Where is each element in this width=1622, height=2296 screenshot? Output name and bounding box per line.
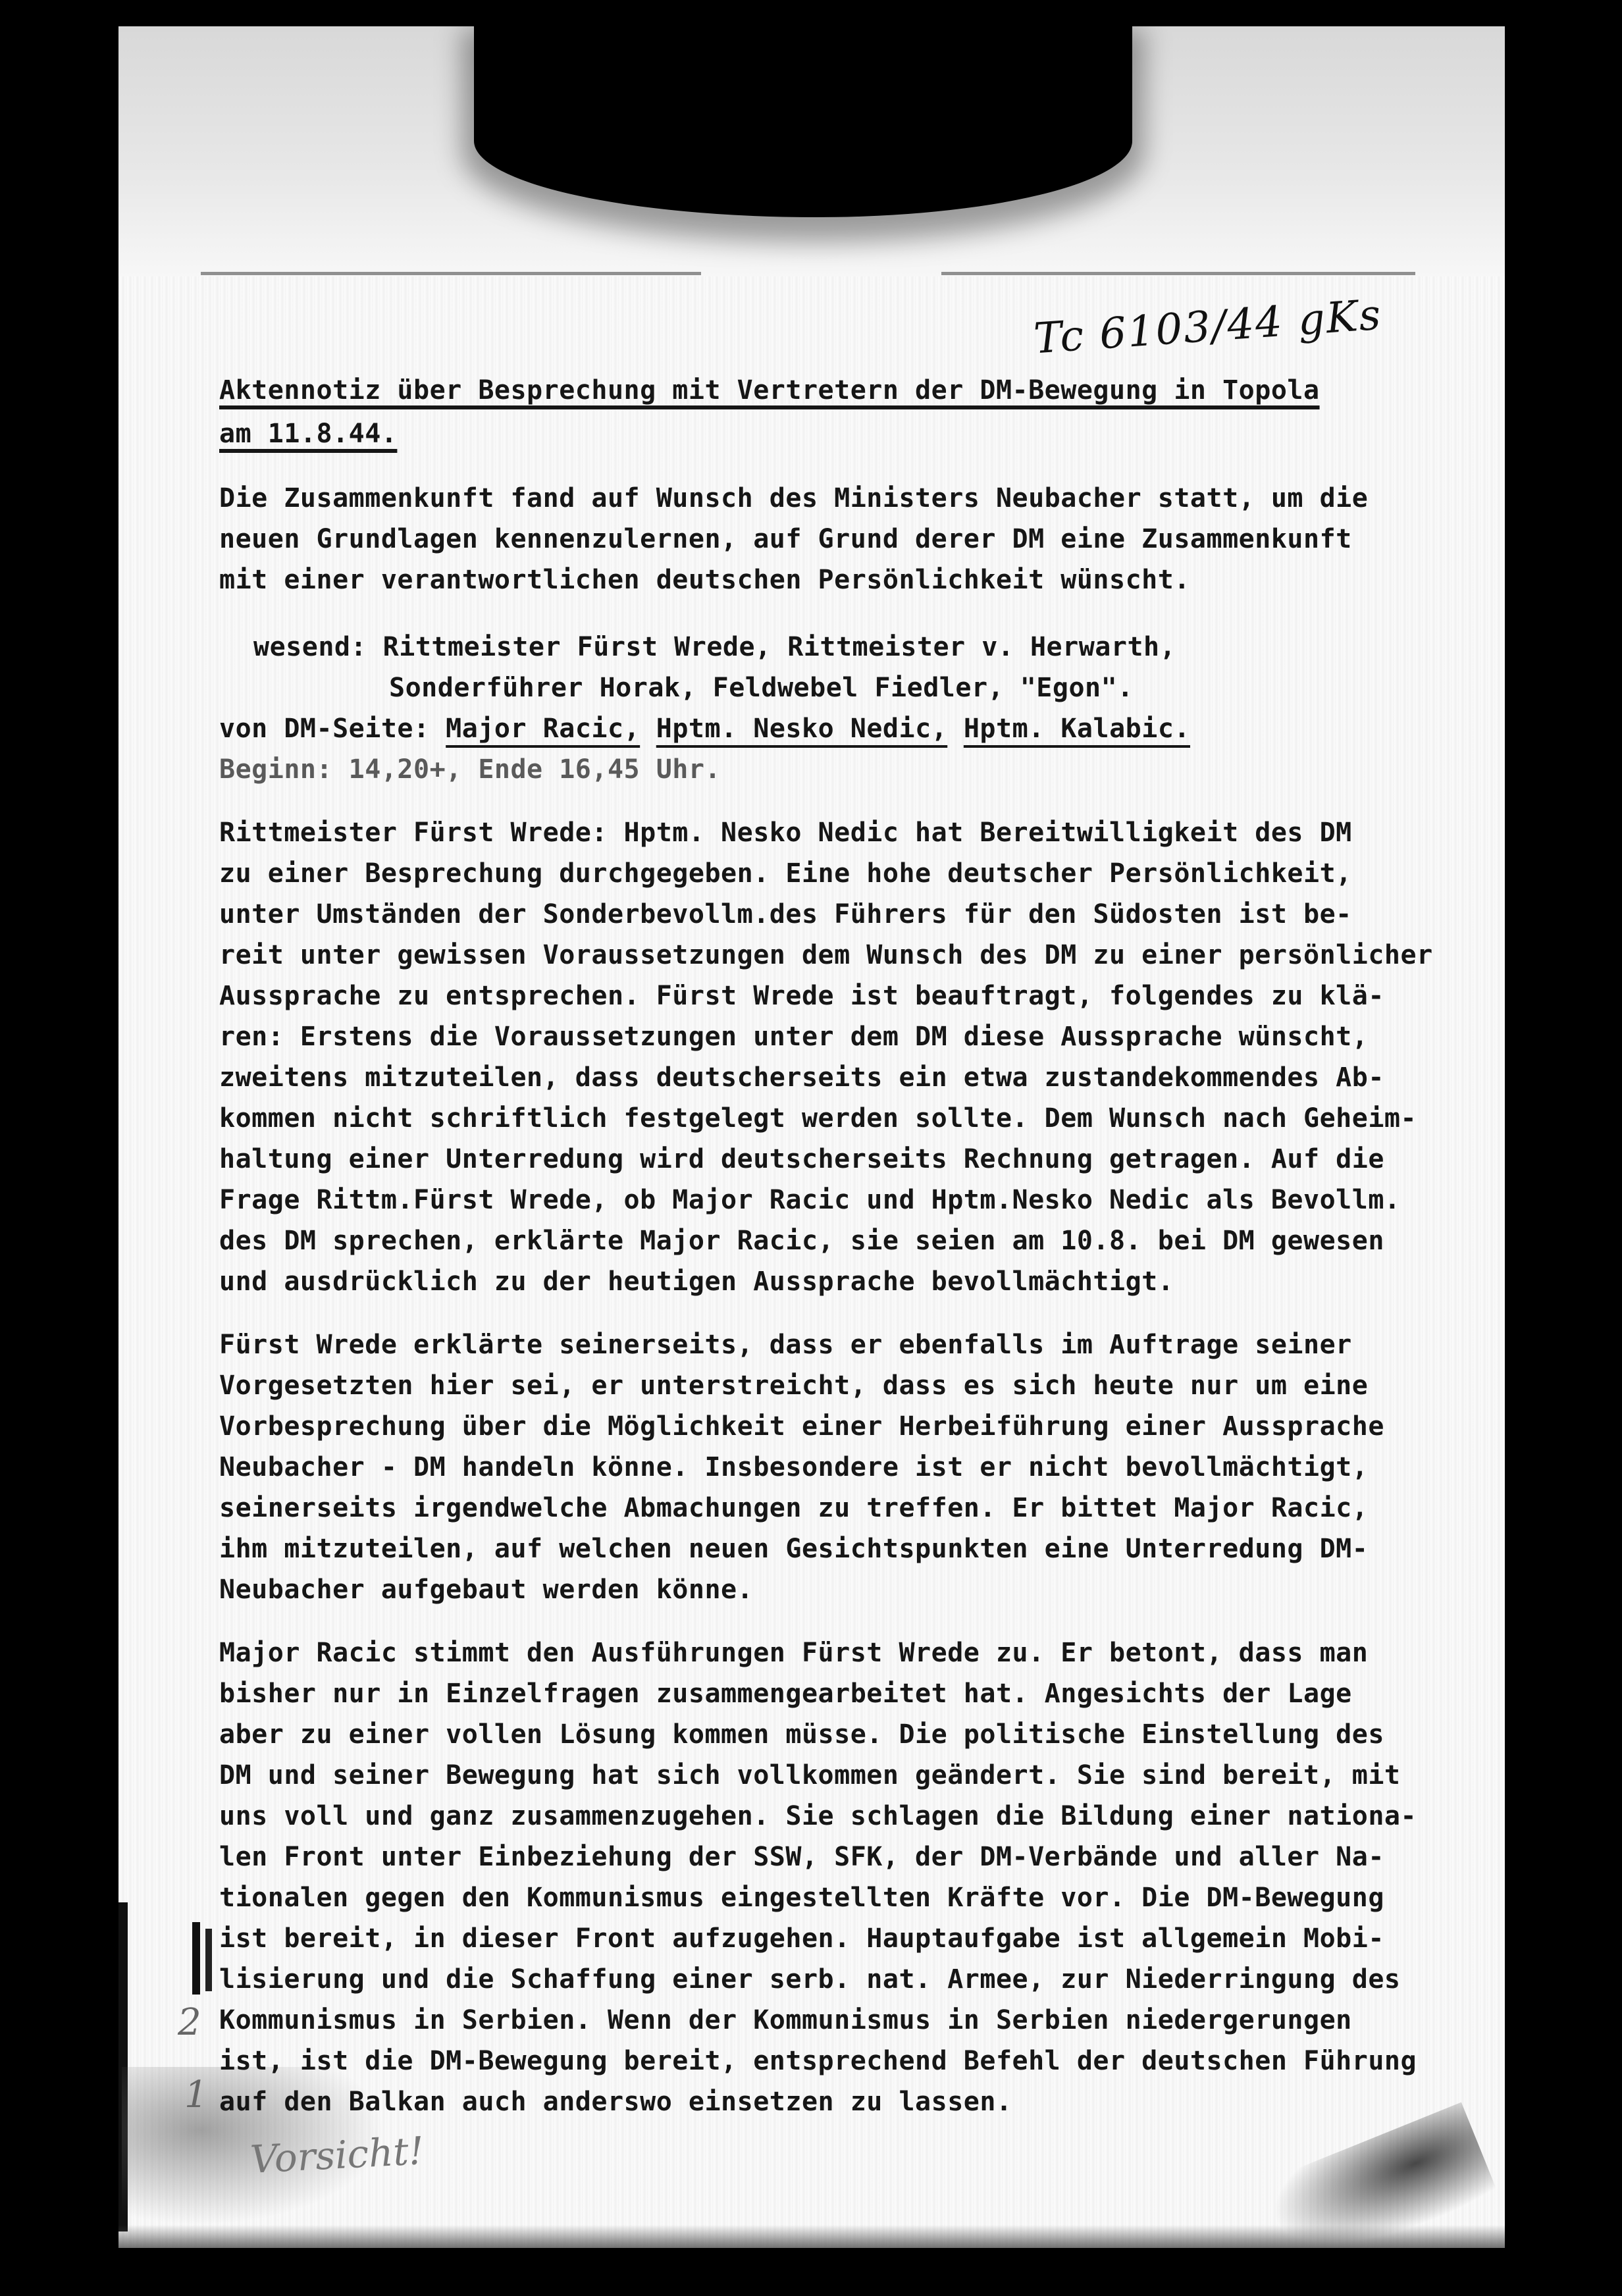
text-line: uns voll und ganz zusammenzugehen. Sie s… [219,1796,1483,1837]
document-date: am 11.8.44. [219,412,397,456]
fold-line [941,272,1415,275]
text-line: aber zu einer vollen Lösung kommen müsse… [219,1714,1483,1755]
margin-number: 1 [184,2074,208,2116]
document-body: Aktennotiz über Besprechung mit Vertrete… [219,369,1483,2122]
intro-line: Die Zusammenkunft fand auf Wunsch des Mi… [219,478,1483,519]
scan-dark-blob [474,26,1132,217]
text-line: und ausdrücklich zu der heutigen Ausspra… [219,1261,1483,1302]
text-line: lisierung und die Schaffung einer serb. … [219,1959,1483,2000]
text-line: Aussprache zu entsprechen. Fürst Wrede i… [219,976,1483,1016]
text-line: Kommunismus in Serbien. Wenn der Kommuni… [219,2000,1483,2041]
text-line: ihm mitzuteilen, auf welchen neuen Gesic… [219,1528,1483,1569]
text-line: ren: Erstens die Voraussetzungen unter d… [219,1016,1483,1057]
paragraph: Rittmeister Fürst Wrede: Hptm. Nesko Ned… [219,812,1483,1302]
scan-edge [118,2225,1505,2248]
text-line: zweitens mitzuteilen, dass deutscherseit… [219,1057,1483,1098]
dm-name: Major Racic, [446,708,640,749]
fold-line [201,272,701,275]
text-line: Vorgesetzten hier sei, er unterstreicht,… [219,1365,1483,1406]
text-line: tionalen gegen den Kommunismus eingestel… [219,1877,1483,1918]
dm-name: Hptm. Kalabic. [964,708,1190,749]
text-line: Neubacher - DM handeln könne. Insbesonde… [219,1447,1483,1488]
margin-number: 2 [178,2001,201,2044]
text-line: kommen nicht schriftlich festgelegt werd… [219,1098,1483,1139]
present-label: wesend: [253,627,367,667]
paragraph: Fürst Wrede erklärte seinerseits, dass e… [219,1324,1483,1610]
text-line: seinerseits irgendwelche Abmachungen zu … [219,1488,1483,1528]
present-line-2: Sonderführer Horak, Feldwebel Fiedler, "… [389,667,1134,708]
margin-mark [192,1922,200,1995]
dm-side-label: von DM-Seite: [219,708,430,749]
text-line: des DM sprechen, erklärte Major Racic, s… [219,1220,1483,1261]
text-line: ist, ist die DM-Bewegung bereit, entspre… [219,2041,1483,2081]
intro-paragraph: Die Zusammenkunft fand auf Wunsch des Mi… [219,478,1483,600]
intro-line: mit einer verantwortlichen deutschen Per… [219,560,1483,600]
text-line: unter Umständen der Sonderbevollm.des Fü… [219,894,1483,935]
text-line: haltung einer Unterredung wird deutscher… [219,1139,1483,1180]
document-title: Aktennotiz über Besprechung mit Vertrete… [219,369,1483,412]
dm-name: Hptm. Nesko Nedic, [656,708,947,749]
margin-mark [205,1929,212,1991]
text-line: reit unter gewissen Voraussetzungen dem … [219,935,1483,976]
text-line: Major Racic stimmt den Ausführungen Fürs… [219,1632,1483,1673]
text-line: Fürst Wrede erklärte seinerseits, dass e… [219,1324,1483,1365]
margin-note: Vorsicht! [249,2128,425,2182]
paragraph: Major Racic stimmt den Ausführungen Fürs… [219,1632,1483,2122]
present-line-1: Rittmeister Fürst Wrede, Rittmeister v. … [383,627,1176,667]
text-line: Vorbesprechung über die Möglichkeit eine… [219,1406,1483,1447]
text-line: len Front unter Einbeziehung der SSW, SF… [219,1837,1483,1877]
attendance-block: wesend: Rittmeister Fürst Wrede, Rittmei… [219,627,1483,790]
text-line: bisher nur in Einzelfragen zusammengearb… [219,1673,1483,1714]
text-line: ist bereit, in dieser Front aufzugehen. … [219,1918,1483,1959]
margin-annotation: 2 1 [184,1909,224,2126]
text-line: Rittmeister Fürst Wrede: Hptm. Nesko Ned… [219,812,1483,853]
text-line: zu einer Besprechung durchgegeben. Eine … [219,853,1483,894]
text-line: Neubacher aufgebaut werden könne. [219,1569,1483,1610]
meeting-time: Beginn: 14,20+, Ende 16,45 Uhr. [219,749,721,790]
text-line: DM und seiner Bewegung hat sich vollkomm… [219,1755,1483,1796]
text-line: Frage Rittm.Fürst Wrede, ob Major Racic … [219,1180,1483,1220]
text-line: auf den Balkan auch anderswo einsetzen z… [219,2081,1483,2122]
body-paragraphs: Rittmeister Fürst Wrede: Hptm. Nesko Ned… [219,812,1483,2122]
intro-line: neuen Grundlagen kennenzulernen, auf Gru… [219,519,1483,560]
